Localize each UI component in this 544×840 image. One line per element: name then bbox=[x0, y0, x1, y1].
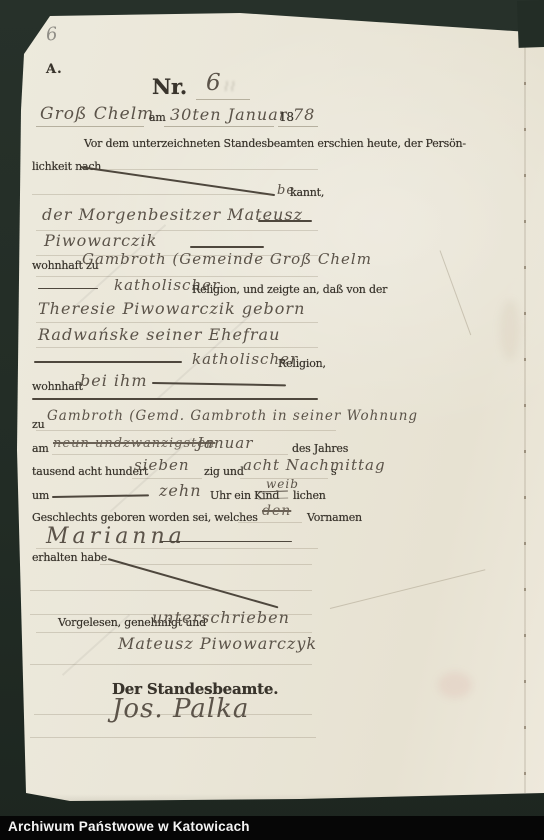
declarant-signature: Mateusz Piwowarczyk bbox=[118, 634, 317, 653]
birth-den-struck: den bbox=[262, 503, 291, 519]
form-section-label: A. bbox=[46, 62, 63, 77]
document-page: 6 A. Nr. 6 ⌇⌇ Groß Chelm am 30ten Januar… bbox=[0, 0, 544, 806]
ruled-line bbox=[100, 169, 318, 170]
mother-religion-printed: Religion, bbox=[278, 357, 326, 370]
ruled-line bbox=[30, 737, 316, 738]
birth-year-printed-1: tausend acht hundert bbox=[32, 465, 148, 478]
birth-month: Januar bbox=[197, 434, 253, 452]
record-number-label: Nr. bbox=[152, 74, 187, 99]
child-name: Marianna bbox=[46, 524, 186, 549]
background-notch bbox=[517, 0, 544, 48]
intro-line-2: lichkeit nach bbox=[32, 160, 101, 173]
birth-hour: zehn bbox=[159, 481, 202, 500]
ruled-line bbox=[36, 632, 312, 633]
birth-place: Gambroth (Gemd. Gambroth in seiner Wohnu… bbox=[47, 408, 418, 424]
mother-residence-label: wohnhaft bbox=[32, 380, 83, 393]
dateline-year-hand: 78 bbox=[293, 105, 315, 124]
dateline-century-printed: 18 bbox=[279, 110, 294, 124]
ink-scribble bbox=[258, 490, 288, 499]
ruled-line bbox=[36, 430, 336, 431]
declarant-religion-printed: Religion, und zeigte an, daß von der bbox=[192, 283, 387, 296]
ink-dash bbox=[52, 494, 149, 497]
birth-vornamen-label: Vornamen bbox=[307, 511, 362, 524]
paper-stain bbox=[500, 300, 520, 360]
ruled-line bbox=[36, 548, 318, 549]
ink-dash bbox=[34, 361, 182, 363]
dateline-place: Groß Chelm bbox=[40, 104, 154, 124]
ruled-line bbox=[36, 126, 144, 127]
ruled-line bbox=[36, 322, 318, 323]
closing-hand: unterschrieben bbox=[152, 608, 290, 627]
ink-dash bbox=[190, 246, 264, 248]
paper-crease bbox=[440, 250, 472, 335]
birth-year-printed-2: zig und bbox=[204, 465, 244, 478]
cancellation-stroke bbox=[108, 558, 279, 608]
birth-des-jahres: des Jahres bbox=[292, 442, 348, 455]
archive-watermark-bar: Archiwum Państwowe w Katowicach bbox=[0, 816, 544, 840]
ink-bleedthrough: ⌇⌇ bbox=[222, 80, 235, 95]
ruled-line bbox=[278, 126, 318, 127]
ruled-line bbox=[36, 347, 318, 348]
archive-watermark-text: Archiwum Państwowe w Katowicach bbox=[8, 819, 250, 834]
paper-crease bbox=[330, 569, 485, 609]
ruled-line bbox=[32, 194, 272, 195]
registrar-signature: Jos. Palka bbox=[112, 694, 249, 724]
ruled-line bbox=[132, 478, 202, 479]
record-number-value: 6 bbox=[206, 70, 222, 96]
ruled-line bbox=[196, 99, 250, 100]
known-printed-fragment: kannt, bbox=[290, 186, 324, 199]
ink-dash bbox=[258, 220, 312, 222]
mother-residence-hand: bei ihm bbox=[80, 371, 148, 390]
birth-erhalten-label: erhalten habe bbox=[32, 551, 107, 564]
birth-year-printed-3: s bbox=[331, 465, 336, 478]
ruled-line bbox=[34, 714, 312, 715]
ruled-line bbox=[238, 522, 302, 523]
birth-am-label: am bbox=[32, 442, 49, 455]
ink-dash bbox=[38, 288, 98, 289]
cancellation-stroke bbox=[80, 166, 275, 196]
paper-stain bbox=[438, 672, 472, 698]
ruled-line bbox=[30, 590, 312, 591]
birth-geschlecht-line: Geschlechts geboren worden sei, welches bbox=[32, 511, 258, 524]
birth-sex-printed: lichen bbox=[293, 489, 326, 502]
ruled-line bbox=[164, 126, 274, 127]
binding-crease bbox=[524, 36, 526, 793]
birth-year-hand-2: acht Nachmittag bbox=[243, 456, 386, 474]
ink-line bbox=[32, 398, 318, 400]
dateline-day-month: 30ten Januar bbox=[170, 105, 287, 124]
intro-line-1: Vor dem unterzeichneten Standesbeamten e… bbox=[84, 137, 466, 150]
mother-name-line2: Radwańske seiner Ehefrau bbox=[38, 325, 280, 344]
dateline-am-label: am bbox=[149, 111, 166, 124]
birth-um-label: um bbox=[32, 489, 49, 502]
pencil-page-number: 6 bbox=[45, 23, 59, 45]
